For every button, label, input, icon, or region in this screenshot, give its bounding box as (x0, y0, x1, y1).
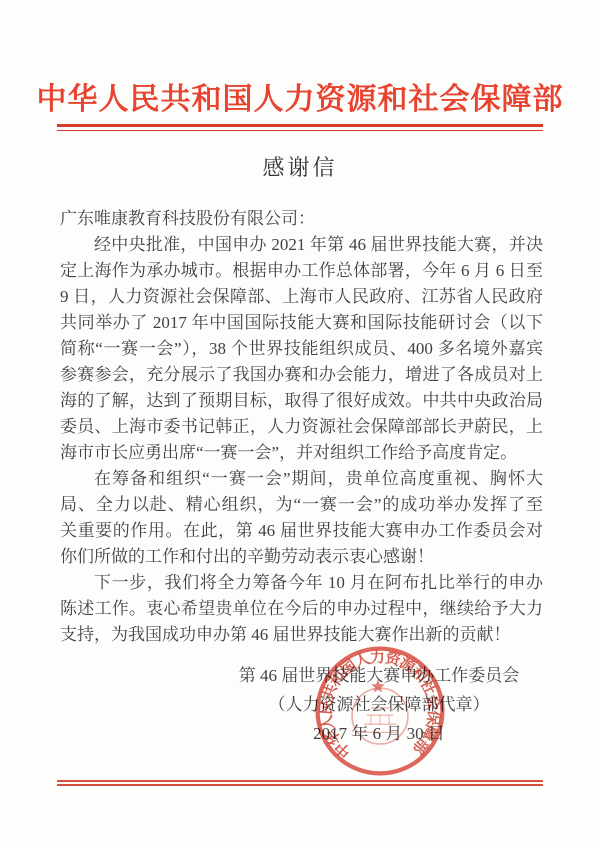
body-line: 共同举办了 2017 年中国国际技能大赛和国际技能研讨会（以下 (60, 310, 543, 336)
body-line: 局、全力以赴、精心组织，为“一赛一会”的成功举办发挥了至 (60, 492, 543, 518)
body-line: 下一步，我们将全力筹备今年 10 月在阿布扎比举行的申办 (60, 570, 543, 596)
star-icon (371, 680, 385, 693)
scanned-letter-page: 中华人民共和国人力资源和社会保障部 感谢信 广东唯康教育科技股份有限公司： 经中… (0, 0, 600, 848)
body-line: 海市市长应勇出席“一赛一会”，并对组织工作给予高度肯定。 (60, 440, 543, 466)
body-line: 简称“一赛一会”），38 个世界技能组织成员、400 多名境外嘉宾 (60, 336, 543, 362)
official-seal: 中华人民共和国人力资源和社会保障部 (312, 643, 448, 779)
body-line: 你们所做的工作和付出的辛勤劳动表示衷心感谢！ (60, 544, 543, 570)
body-line: 参赛参会，充分展示了我国办赛和办会能力，增进了各成员对上 (60, 362, 543, 388)
body-line: 9 日，人力资源社会保障部、上海市人民政府、江苏省人民政府 (60, 284, 543, 310)
body-line: 经中央批准，中国申办 2021 年第 46 届世界技能大赛，并决 (60, 232, 543, 258)
body-line: 关重要的作用。在此，第 46 届世界技能大赛申办工作委员会对 (60, 518, 543, 544)
document-title: 感谢信 (0, 151, 600, 182)
body-line: 陈述工作。衷心希望贵单位在今后的申办过程中，继续给予大力 (60, 596, 543, 622)
national-emblem-icon (352, 680, 408, 744)
letterhead-title: 中华人民共和国人力资源和社会保障部 (0, 74, 600, 118)
body-line-salutation: 广东唯康教育科技股份有限公司： (60, 206, 543, 232)
body-line: 海的了解，达到了预期目标，取得了很好成效。中共中央政治局 (60, 388, 543, 414)
letter-body: 广东唯康教育科技股份有限公司： 经中央批准，中国申办 2021 年第 46 届世… (60, 206, 543, 648)
body-line: 支持，为我国成功申办第 46 届世界技能大赛作出新的贡献！ (60, 622, 543, 648)
footer-rule (57, 780, 543, 786)
body-line: 定上海作为承办城市。根据申办工作总体部署，今年 6 月 6 日至 (60, 258, 543, 284)
body-line: 在筹备和组织“一赛一会”期间，贵单位高度重视、胸怀大 (60, 466, 543, 492)
header-rule (57, 124, 543, 131)
body-line: 委员、上海市委书记韩正，人力资源社会保障部部长尹蔚民，上 (60, 414, 543, 440)
